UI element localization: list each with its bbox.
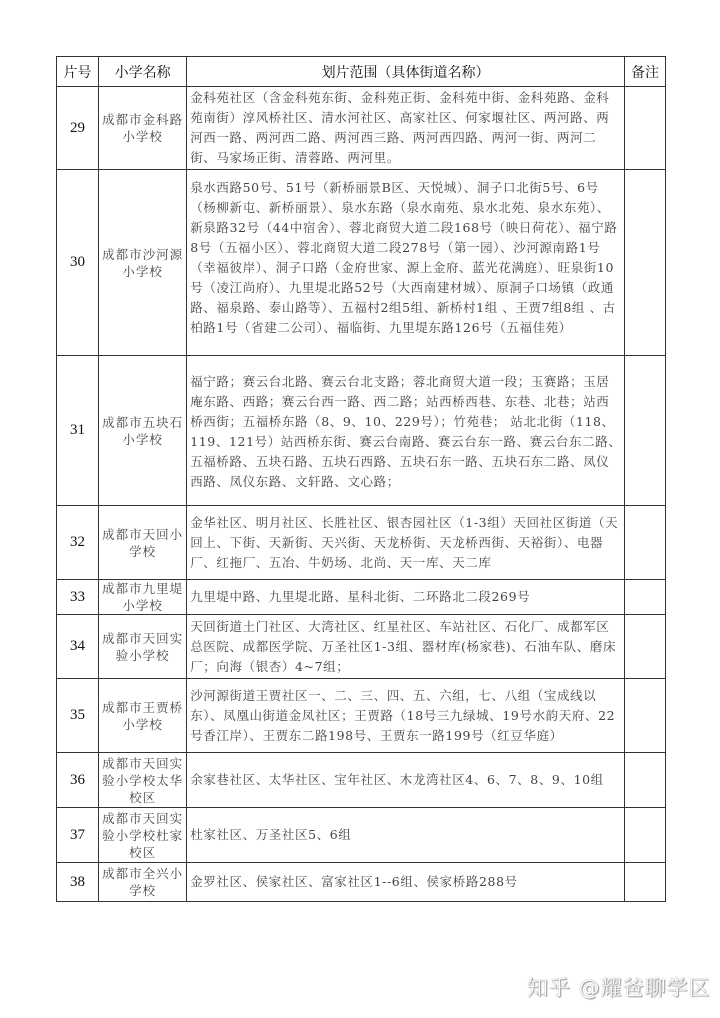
school-name: 成都市天回小学校	[99, 506, 187, 580]
school-name: 成都市天回实验小学校太华校区	[99, 753, 187, 808]
note-cell	[624, 679, 665, 753]
district-no: 33	[57, 580, 99, 615]
district-no: 38	[57, 863, 99, 902]
table-row: 30 成都市沙河源小学校 泉水西路50号、51号（新桥丽景B区、天悦城）、洞子口…	[57, 170, 666, 356]
zhihu-watermark: 知乎 @耀爸聊学区	[527, 972, 711, 1002]
school-name: 成都市天回实验小学校	[99, 615, 187, 679]
table-row: 38 成都市全兴小学校 金罗社区、侯家社区、富家社区1--6组、侯家桥路288号	[57, 863, 666, 902]
school-name: 成都市金科路小学校	[99, 87, 187, 170]
table-row: 29 成都市金科路小学校 金科苑社区（含金科苑东街、金科苑正街、金科苑中街、金科…	[57, 87, 666, 170]
district-range: 余家巷社区、太华社区、宝年社区、木龙湾社区4、6、7、8、9、10组	[187, 753, 625, 808]
district-no: 34	[57, 615, 99, 679]
school-district-table: 片号 小学名称 划片范围（具体街道名称） 备注 29 成都市金科路小学校 金科苑…	[56, 56, 666, 902]
district-range: 金科苑社区（含金科苑东街、金科苑正街、金科苑中街、金科苑路、金科苑南街）淳风桥社…	[187, 87, 625, 170]
district-no: 31	[57, 356, 99, 506]
header-district-no: 片号	[57, 57, 99, 87]
district-no: 32	[57, 506, 99, 580]
header-district-range: 划片范围（具体街道名称）	[187, 57, 625, 87]
school-name: 成都市天回实验小学校杜家校区	[99, 808, 187, 863]
table-row: 32 成都市天回小学校 金华社区、明月社区、长胜社区、银杏园社区（1-3组）天回…	[57, 506, 666, 580]
district-no: 29	[57, 87, 99, 170]
note-cell	[624, 87, 665, 170]
note-cell	[624, 863, 665, 902]
school-name: 成都市九里堤小学校	[99, 580, 187, 615]
header-school-name: 小学名称	[99, 57, 187, 87]
table-row: 34 成都市天回实验小学校 天回街道土门社区、大湾社区、红星社区、车站社区、石化…	[57, 615, 666, 679]
note-cell	[624, 808, 665, 863]
table-row: 37 成都市天回实验小学校杜家校区 杜家社区、万圣社区5、6组	[57, 808, 666, 863]
header-row: 片号 小学名称 划片范围（具体街道名称） 备注	[57, 57, 666, 87]
district-no: 37	[57, 808, 99, 863]
school-name: 成都市全兴小学校	[99, 863, 187, 902]
note-cell	[624, 506, 665, 580]
header-note: 备注	[624, 57, 665, 87]
district-range: 天回街道土门社区、大湾社区、红星社区、车站社区、石化厂、成都军区总医院、成都医学…	[187, 615, 625, 679]
table-row: 36 成都市天回实验小学校太华校区 余家巷社区、太华社区、宝年社区、木龙湾社区4…	[57, 753, 666, 808]
note-cell	[624, 580, 665, 615]
district-range: 金罗社区、侯家社区、富家社区1--6组、侯家桥路288号	[187, 863, 625, 902]
note-cell	[624, 615, 665, 679]
school-name: 成都市王贾桥小学校	[99, 679, 187, 753]
district-range: 金华社区、明月社区、长胜社区、银杏园社区（1-3组）天回社区街道（天回上、下街、…	[187, 506, 625, 580]
district-range: 杜家社区、万圣社区5、6组	[187, 808, 625, 863]
district-no: 36	[57, 753, 99, 808]
school-name: 成都市沙河源小学校	[99, 170, 187, 356]
table-row: 31 成都市五块石小学校 福宁路；赛云台北路、赛云台北支路；蓉北商贸大道一段；玉…	[57, 356, 666, 506]
note-cell	[624, 356, 665, 506]
note-cell	[624, 753, 665, 808]
table-row: 35 成都市王贾桥小学校 沙河源街道王贾社区一、二、三、四、五、六组，七、八组（…	[57, 679, 666, 753]
district-range: 福宁路；赛云台北路、赛云台北支路；蓉北商贸大道一段；玉赛路；玉居庵东路、西路；赛…	[187, 356, 625, 506]
district-no: 35	[57, 679, 99, 753]
district-range: 沙河源街道王贾社区一、二、三、四、五、六组，七、八组（宝成线以东）、凤凰山街道金…	[187, 679, 625, 753]
table-row: 33 成都市九里堤小学校 九里堤中路、九里堤北路、星科北街、二环路北二段269号	[57, 580, 666, 615]
note-cell	[624, 170, 665, 356]
district-range: 九里堤中路、九里堤北路、星科北街、二环路北二段269号	[187, 580, 625, 615]
district-no: 30	[57, 170, 99, 356]
district-range: 泉水西路50号、51号（新桥丽景B区、天悦城）、洞子口北街5号、6号（杨柳新屯、…	[187, 170, 625, 356]
school-name: 成都市五块石小学校	[99, 356, 187, 506]
